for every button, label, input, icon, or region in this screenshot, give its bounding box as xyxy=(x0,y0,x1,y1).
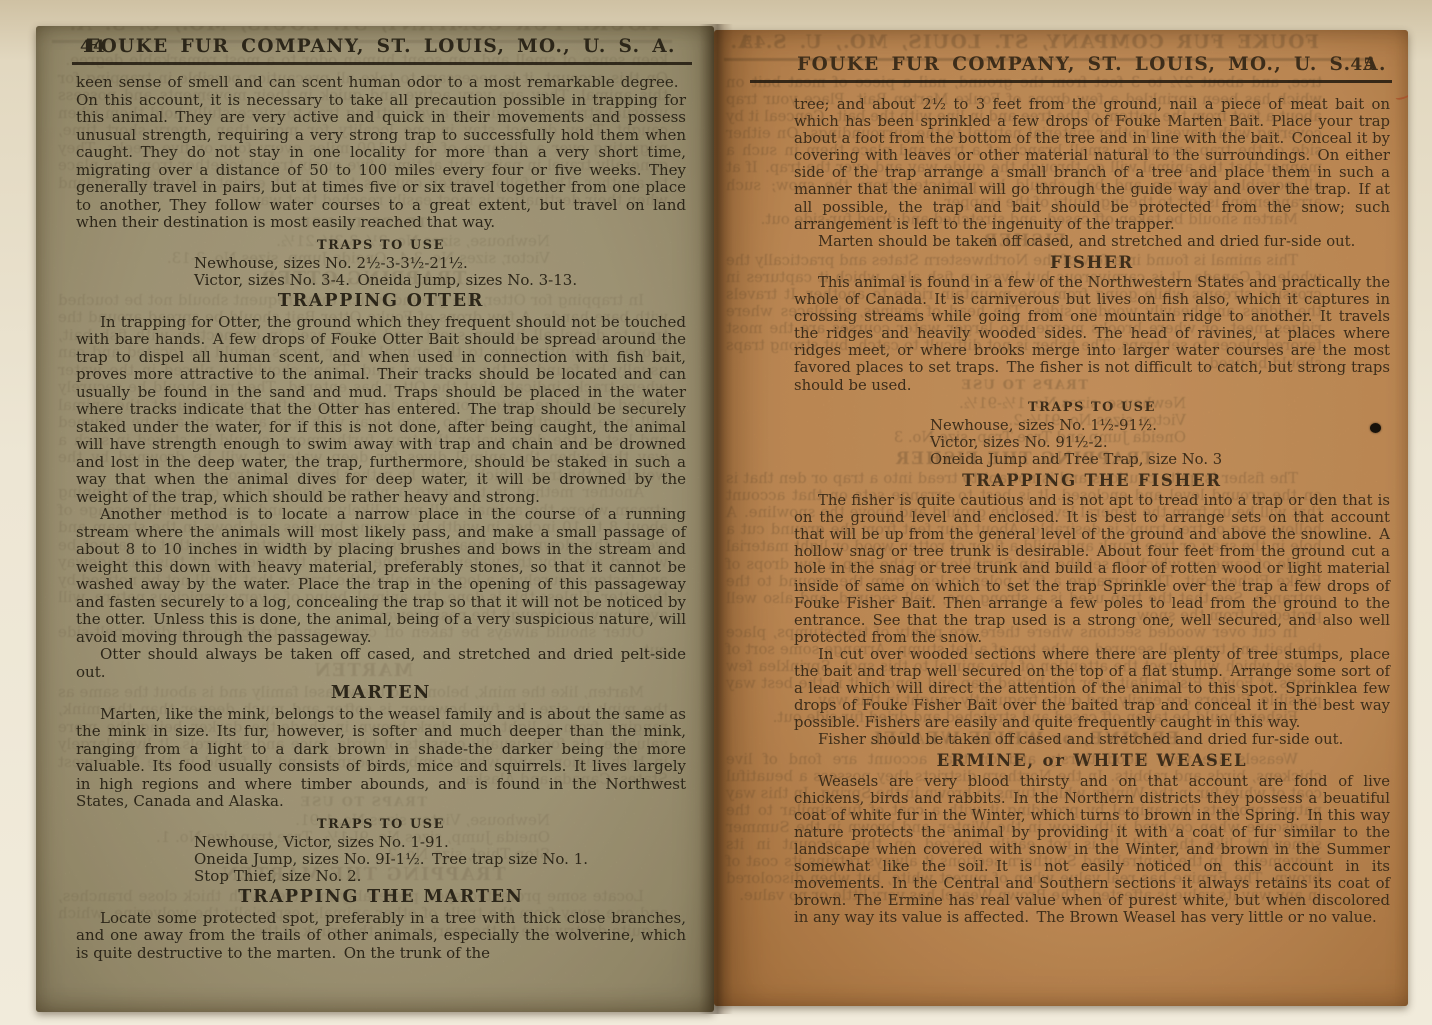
trap-sizes-line: Oneida Jump, sizes No. 9I-1½. Tree trap … xyxy=(194,851,686,868)
header-rule-left xyxy=(72,62,692,65)
otter-cased-note: Otter should always be taken off cased, … xyxy=(76,646,686,681)
traps-to-use-heading: TRAPS TO USE xyxy=(794,399,1390,416)
book-scan: 44 FOUKE FUR COMPANY, ST. LOUIS, MO., U.… xyxy=(0,0,1432,1025)
trap-sizes-line: Newhouse, sizes No. 1½-91½. xyxy=(930,417,1390,434)
trap-sizes-line: Newhouse, sizes No. 2½-3-3½-21½. xyxy=(194,255,686,272)
page-45-body: tree; and about 2½ to 3 feet from the gr… xyxy=(794,96,1390,926)
ermine-paragraph: Weasels are very blood thirsty and on th… xyxy=(794,773,1390,927)
page-45-header: FOUKE FUR COMPANY, ST. LOUIS, MO., U. S.… xyxy=(794,54,1390,78)
marten-continuation-paragraph: tree; and about 2½ to 3 feet from the gr… xyxy=(794,96,1390,233)
trap-sizes-line: Oneida Jump and Tree Trap, size No. 3 xyxy=(930,451,1390,468)
fisher-paragraph: This animal is found in a few of the Nor… xyxy=(794,274,1390,394)
fisher-trapping-paragraph-1: The fisher is quite cautious and is not … xyxy=(794,492,1390,646)
page-44-content: 44 FOUKE FUR COMPANY, ST. LOUIS, MO., U.… xyxy=(36,26,714,962)
trap-sizes-line: Victor, sizes No. 3-4. Oneida Jump, size… xyxy=(194,272,686,289)
traps-to-use-heading: TRAPS TO USE xyxy=(76,237,686,255)
ink-dot-artifact xyxy=(1370,423,1381,433)
fisher-heading: FISHER xyxy=(794,254,1390,271)
traps-to-use-heading: TRAPS TO USE xyxy=(76,816,686,834)
marten-paragraph: Marten, like the mink, belongs to the we… xyxy=(76,706,686,811)
trapping-otter-heading: TRAPPING OTTER xyxy=(76,293,686,311)
fisher-cased-note: Fisher should be taken off cased and str… xyxy=(794,731,1390,748)
otter-paragraph-2: Another method is to locate a narrow pla… xyxy=(76,506,686,646)
marten-heading: MARTEN xyxy=(76,685,686,703)
running-head-left: FOUKE FUR COMPANY, ST. LOUIS, MO., U. S.… xyxy=(86,36,676,57)
page-44-body: keen sense of smell and can scent human … xyxy=(76,74,686,962)
trap-sizes-line: Victor, sizes No. 91½-2. xyxy=(930,434,1390,451)
page-44-header: 44 FOUKE FUR COMPANY, ST. LOUIS, MO., U.… xyxy=(76,36,686,60)
otter-paragraph-1: In trapping for Otter, the ground which … xyxy=(76,314,686,507)
running-head-right: FOUKE FUR COMPANY, ST. LOUIS, MO., U. S.… xyxy=(797,54,1387,75)
trap-sizes-line: Stop Thief, size No. 2. xyxy=(194,868,686,885)
page-number-44: 44 xyxy=(80,37,106,57)
header-rule-right xyxy=(750,80,1392,83)
ermine-heading: ERMINE, or WHITE WEASEL xyxy=(794,752,1390,769)
trapping-the-marten-heading: TRAPPING THE MARTEN xyxy=(76,889,686,907)
trap-sizes-line: Newhouse, Victor, sizes No. 1-91. xyxy=(194,834,686,851)
page-number-45: 45 xyxy=(1350,55,1376,75)
page-45-content: FOUKE FUR COMPANY, ST. LOUIS, MO., U. S.… xyxy=(714,30,1408,926)
fisher-trapping-paragraph-2: In cut over wooded sections where there … xyxy=(794,646,1390,731)
opening-paragraph: keen sense of smell and can scent human … xyxy=(76,74,686,232)
trapping-the-fisher-heading: TRAPPING THE FISHER xyxy=(794,472,1390,489)
marten-cased-note: Marten should be taken off cased, and st… xyxy=(794,233,1390,250)
marten-trapping-paragraph: Locate some protected spot, preferably i… xyxy=(76,910,686,963)
page-45: FOUKE FUR COMPANY, ST. LOUIS, MO., U. S.… xyxy=(714,30,1408,1006)
page-44: 44 FOUKE FUR COMPANY, ST. LOUIS, MO., U.… xyxy=(36,26,714,1012)
